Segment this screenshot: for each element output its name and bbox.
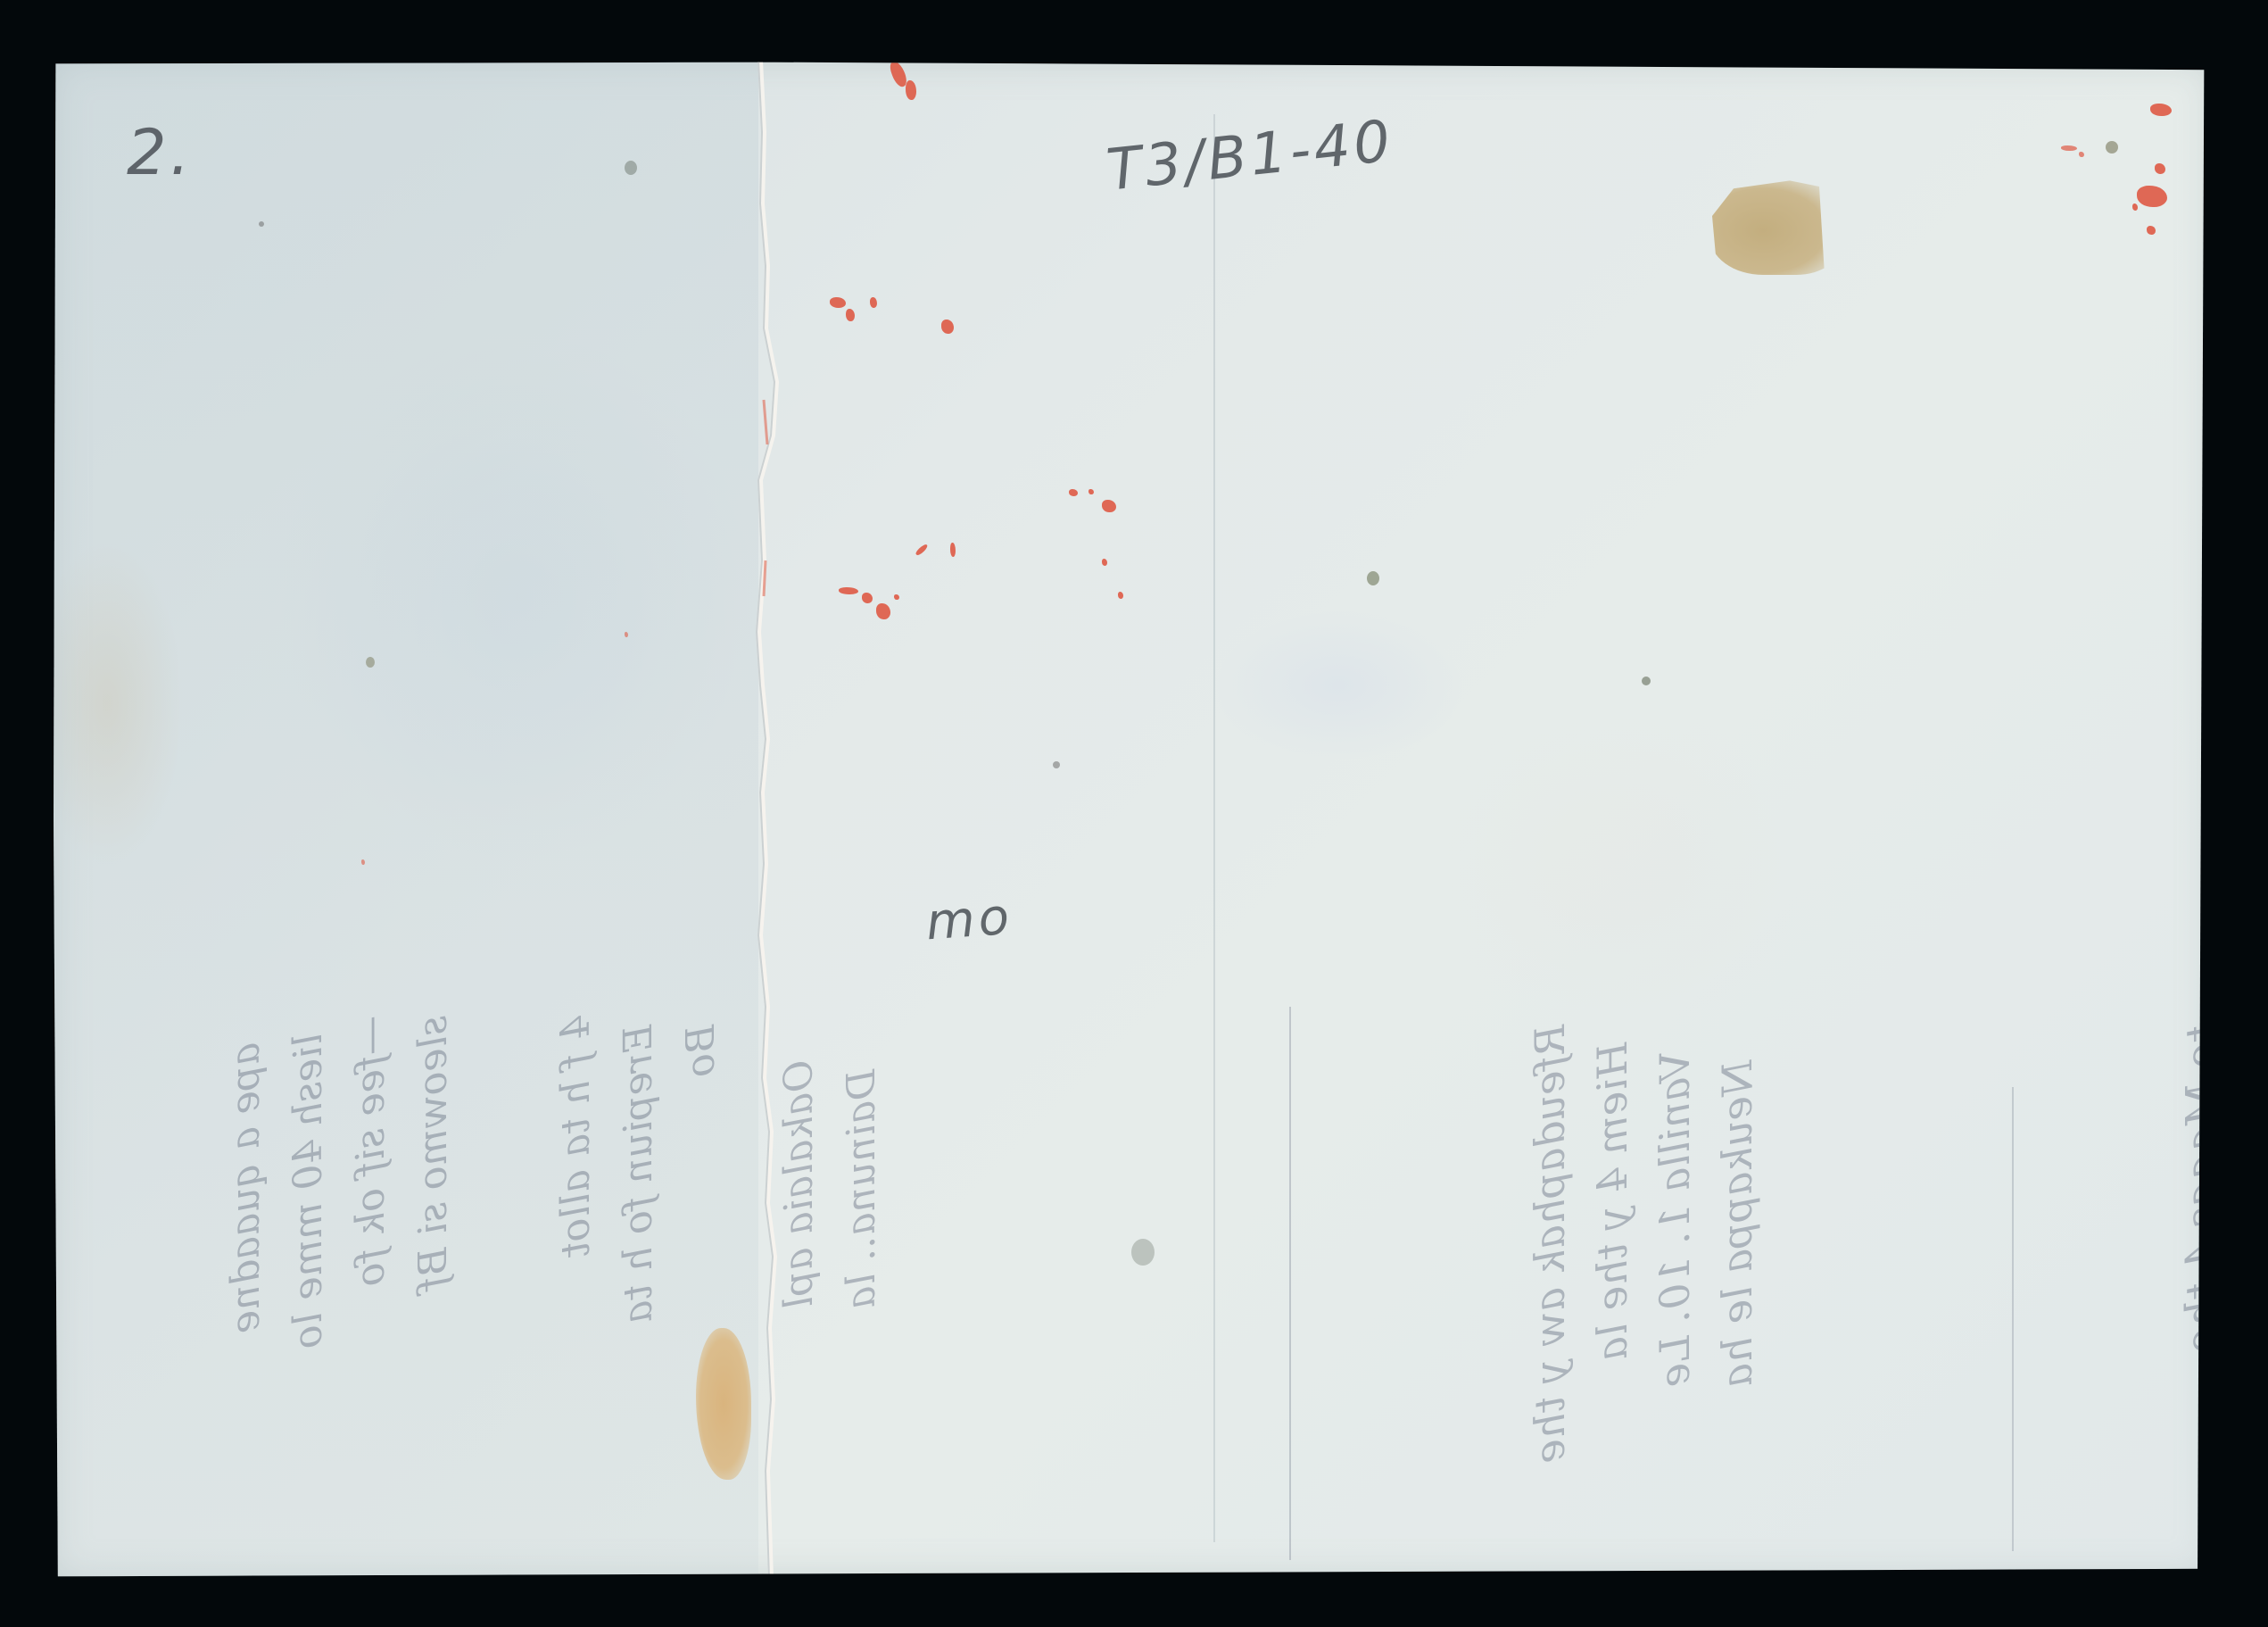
speck bbox=[625, 161, 637, 175]
speck bbox=[1053, 761, 1060, 768]
speck bbox=[1367, 571, 1379, 585]
speck bbox=[1131, 1239, 1155, 1266]
pencil-note: mo bbox=[924, 888, 1014, 952]
catalog-reference-notation: T3/B1-40 bbox=[1104, 108, 1396, 203]
tan-stain bbox=[1709, 177, 1843, 275]
page-number-notation: 2. bbox=[127, 116, 194, 189]
scan-background: Rfeudaphak aw y the Hiem 4 y the la Vani… bbox=[0, 0, 2268, 1627]
paper-fragment: Rfeudaphak aw y the Hiem 4 y the la Vani… bbox=[54, 61, 2213, 1578]
speck bbox=[2106, 141, 2118, 154]
fold-line bbox=[1289, 1007, 1291, 1560]
speck bbox=[366, 657, 375, 668]
fold-line bbox=[2012, 1087, 2014, 1551]
tear-edge bbox=[741, 61, 794, 1578]
left-panel-shading bbox=[54, 61, 758, 1578]
speck bbox=[259, 221, 264, 227]
speck bbox=[1642, 677, 1651, 685]
fold-line bbox=[1213, 114, 1215, 1542]
